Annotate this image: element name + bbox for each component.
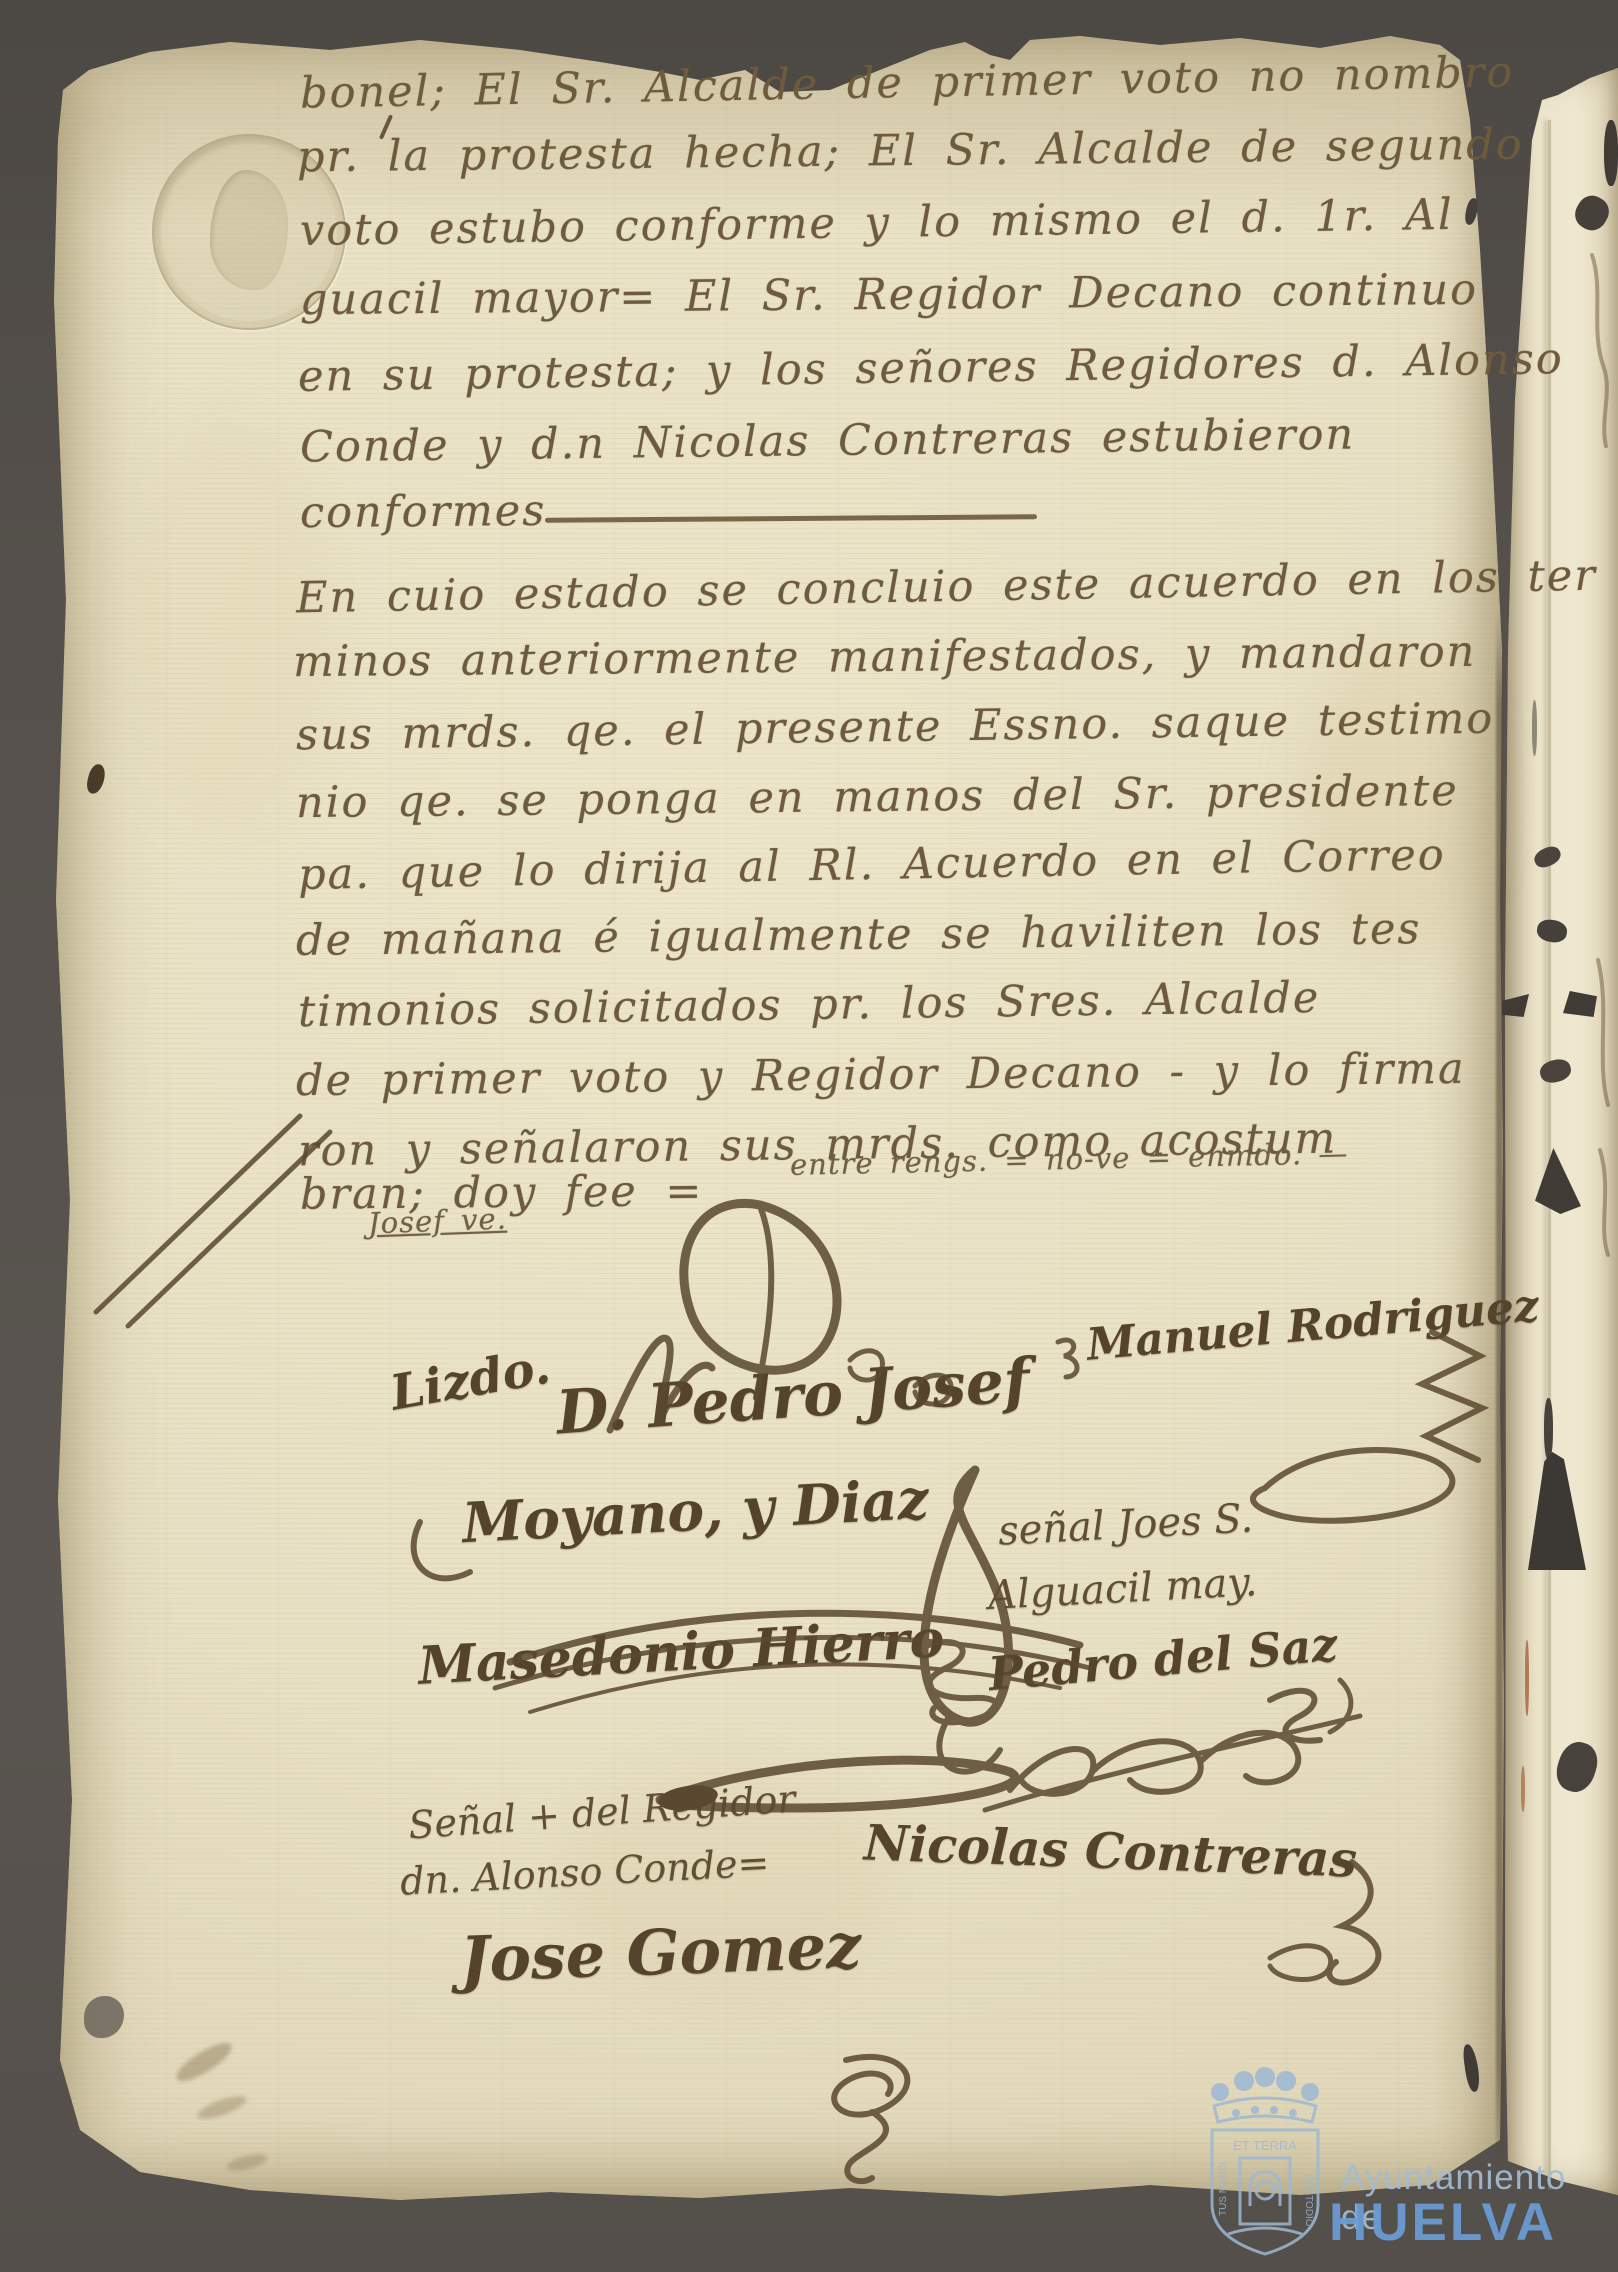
scanned-manuscript-screenshot: bonel; El Sr. Alcalde de primer voto no … bbox=[0, 0, 1618, 2272]
red-thread bbox=[1525, 1640, 1529, 1716]
body-line: conformes bbox=[300, 486, 547, 538]
body-line: guacil mayor= El Sr. Regidor Decano cont… bbox=[300, 265, 1478, 325]
signature-jose-gomez: Jose Gomez bbox=[459, 1909, 862, 1996]
seal-portrait-relief bbox=[210, 170, 288, 290]
binding-mark bbox=[1604, 120, 1618, 186]
red-thread bbox=[1521, 1766, 1525, 1812]
stitch-line bbox=[1544, 1398, 1553, 1460]
marginal-abbreviation: Josef ve. bbox=[367, 1202, 507, 1241]
watermark-huelva-text: HUELVA bbox=[1329, 2192, 1557, 2253]
body-line: minos anteriormente manifestados, y mand… bbox=[293, 627, 1477, 687]
paper-slit bbox=[1532, 700, 1537, 756]
